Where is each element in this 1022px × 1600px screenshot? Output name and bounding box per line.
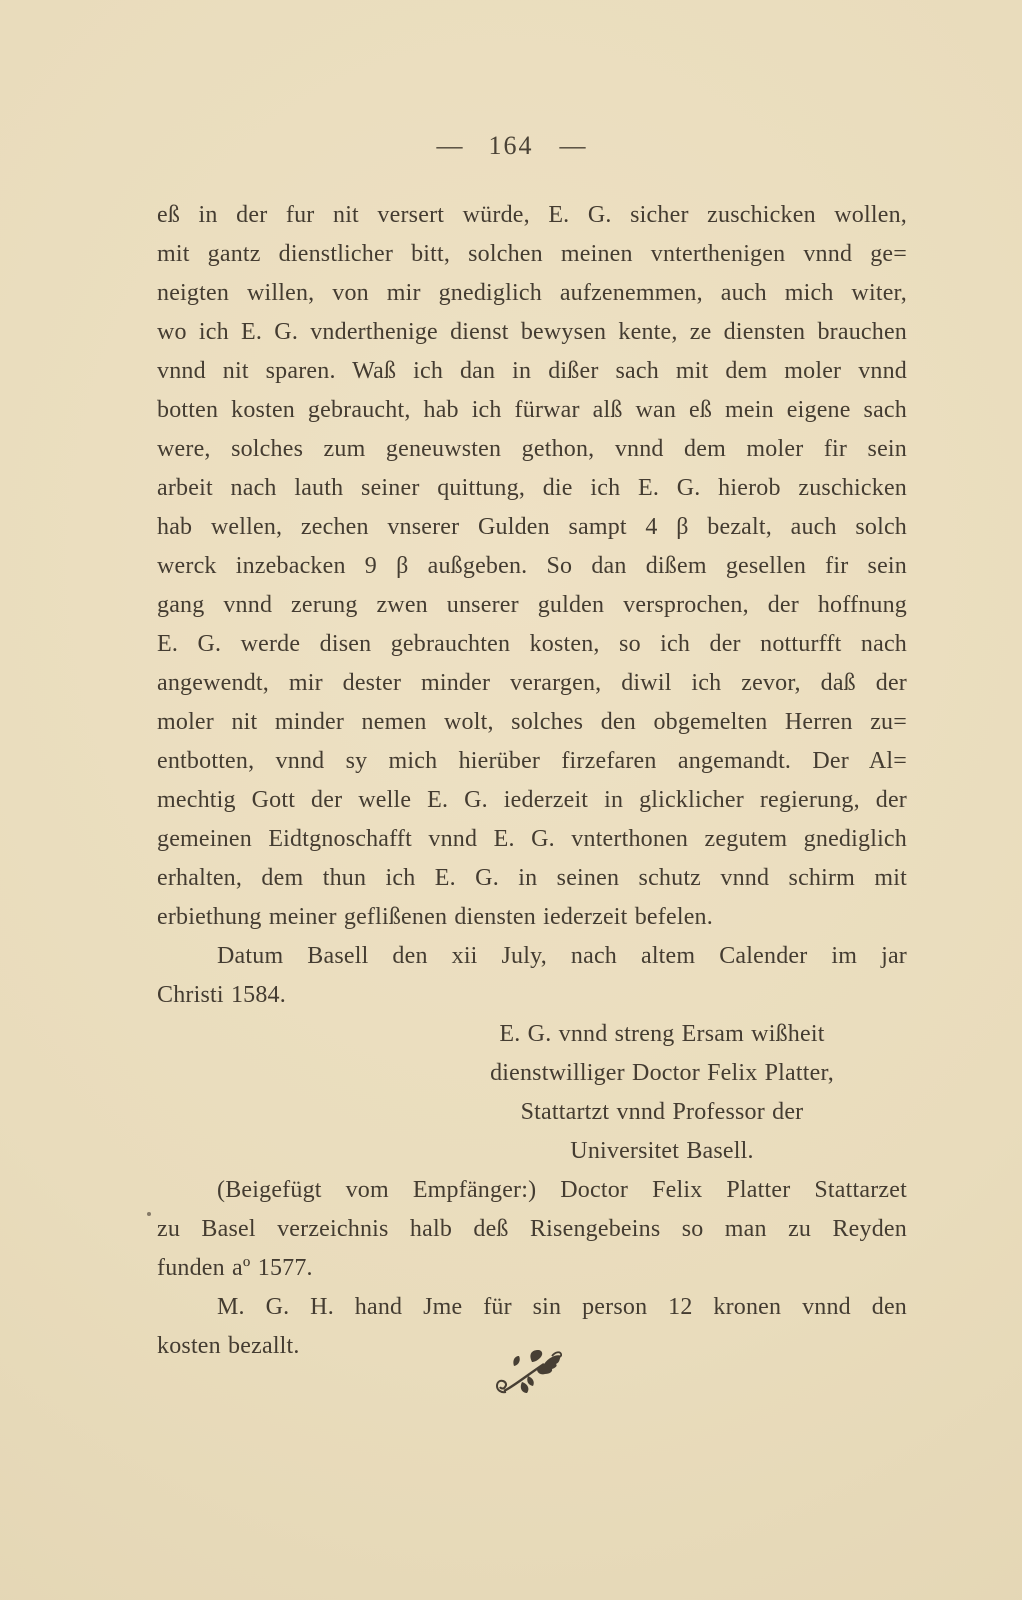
signature-line: E. G. vnnd streng Ersam wißheit (422, 1015, 902, 1054)
text-line: zu Basel verzeichnis halb deß Risengebei… (157, 1210, 907, 1249)
text-line: angewendt, mir dester minder verargen, d… (157, 664, 907, 703)
paragraph-dateline: Datum Basell den xii July, nach altem Ca… (157, 937, 907, 1015)
text-line: mechtig Gott der welle E. G. iederzeit i… (157, 781, 907, 820)
text-line: were, solches zum geneuwsten gethon, vnn… (157, 430, 907, 469)
paragraph-letter-body: eß in der fur nit versert würde, E. G. s… (157, 196, 907, 937)
text-line: (Beigefügt vom Empfänger:) Doctor Felix … (157, 1171, 907, 1210)
text-line: entbotten, vnnd sy mich hierüber firzefa… (157, 742, 907, 781)
text-line: gemeinen Eidtgnoschafft vnnd E. G. vnter… (157, 820, 907, 859)
text-line: E. G. werde disen gebrauchten kosten, so… (157, 625, 907, 664)
book-page-scan: — 164 — eß in der fur nit versert würde,… (0, 0, 1022, 1600)
text-line: gang vnnd zerung zwen unserer gulden ver… (157, 586, 907, 625)
leaf-fleuron-icon (492, 1348, 562, 1396)
page-header: — 164 — (0, 131, 1022, 161)
signature-block: E. G. vnnd streng Ersam wißheit dienstwi… (422, 1015, 902, 1171)
text-line: moler nit minder nemen wolt, solches den… (157, 703, 907, 742)
text-line: funden aº 1577. (157, 1249, 907, 1288)
text-line: arbeit nach lauth seiner quittung, die i… (157, 469, 907, 508)
signature-line: Stattartzt vnnd Professor der (422, 1093, 902, 1132)
letter-text-block: eß in der fur nit versert würde, E. G. s… (157, 196, 907, 1366)
text-line: eß in der fur nit versert würde, E. G. s… (157, 196, 907, 235)
paragraph-recipient-note: (Beigefügt vom Empfänger:) Doctor Felix … (157, 1171, 907, 1288)
text-line: wo ich E. G. vnderthenige dienst bewysen… (157, 313, 907, 352)
text-line: Datum Basell den xii July, nach altem Ca… (157, 937, 907, 976)
ink-speck (147, 1212, 151, 1216)
signature-line: Universitet Basell. (422, 1132, 902, 1171)
text-line: neigten willen, von mir gnediglich aufze… (157, 274, 907, 313)
text-line: mit gantz dienstlicher bitt, solchen mei… (157, 235, 907, 274)
text-line: erhalten, dem thun ich E. G. in seinen s… (157, 859, 907, 898)
header-right-dash: — (560, 131, 586, 161)
signature-line: dienstwilliger Doctor Felix Platter, (422, 1054, 902, 1093)
header-left-dash: — (437, 131, 463, 161)
text-line: erbiethung meiner geflißenen diensten ie… (157, 898, 907, 937)
text-line: M. G. H. hand Jme für sin person 12 kron… (157, 1288, 907, 1327)
text-line: vnnd nit sparen. Waß ich dan in dißer sa… (157, 352, 907, 391)
text-line: hab wellen, zechen vnserer Gulden sampt … (157, 508, 907, 547)
text-line: botten kosten gebraucht, hab ich fürwar … (157, 391, 907, 430)
page-number: 164 (489, 131, 534, 161)
text-line: Christi 1584. (157, 976, 907, 1015)
text-line: werck inzebacken 9 β außgeben. So dan di… (157, 547, 907, 586)
